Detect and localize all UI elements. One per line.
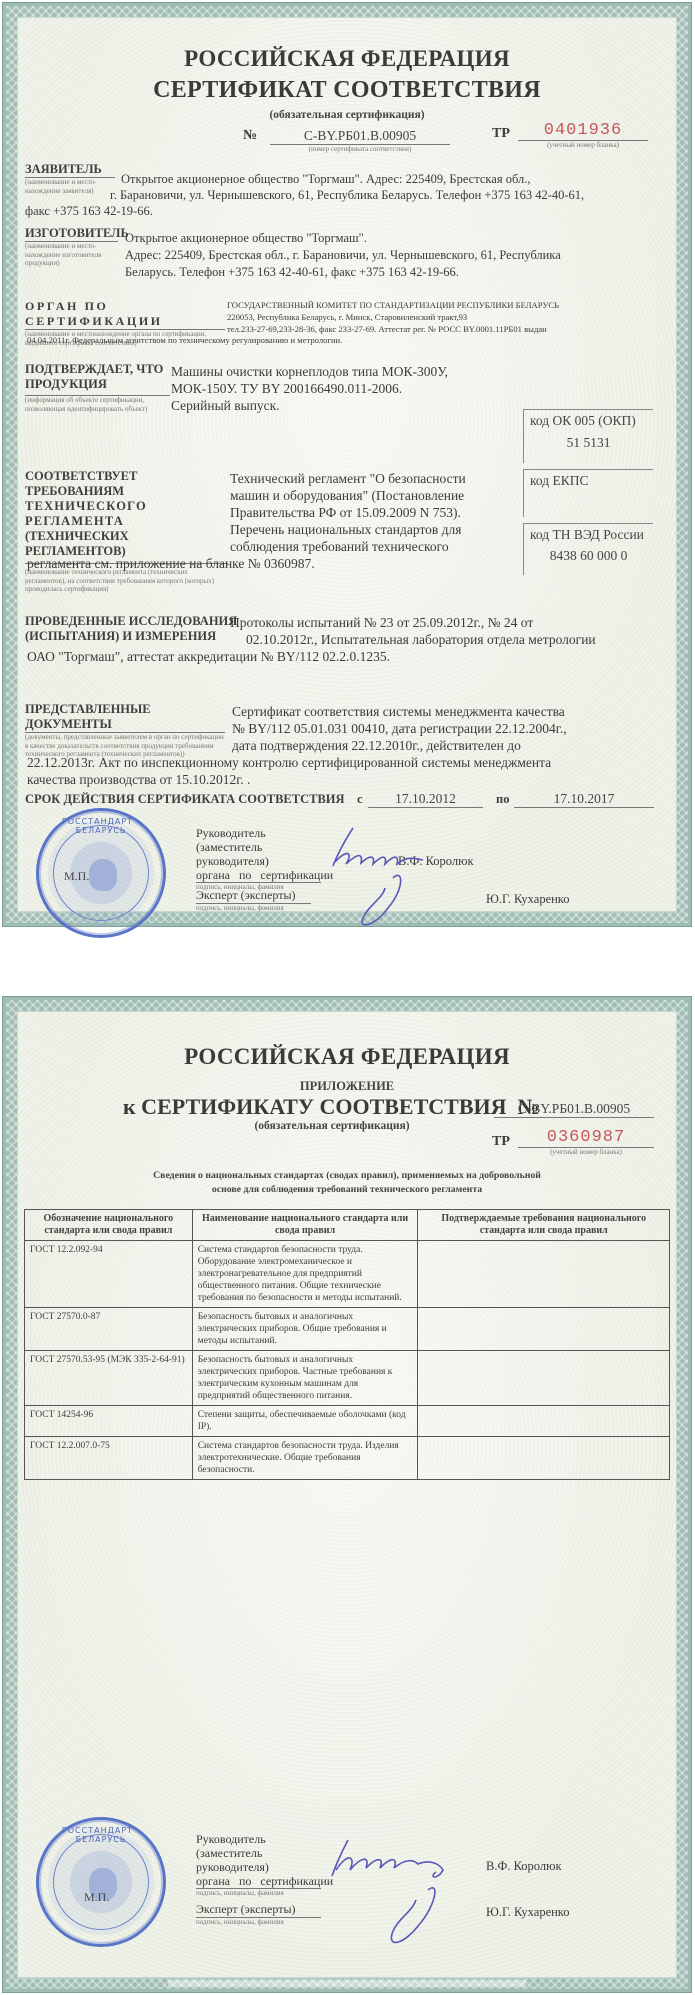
head-title-line-2: (заместитель руководителя) (196, 840, 321, 868)
applicant-line-2: г. Барановичи, ул. Чернышевского, 61, Ре… (110, 187, 584, 203)
certificate-title: СЕРТИФИКАТ СООТВЕТСТВИЯ (18, 77, 676, 104)
head-signature-icon (313, 818, 433, 938)
appendix-expert-label: Эксперт (эксперты) (196, 1902, 321, 1918)
tnved-code-value: 8438 60 000 0 (530, 548, 647, 564)
confirmed-requirements-cell (418, 1308, 670, 1351)
documents-line-1: Сертификат соответствия системы менеджме… (232, 703, 565, 720)
standards-table-body: ГОСТ 12.2.092-94Система стандартов безоп… (25, 1241, 670, 1480)
certification-body-line-1: ГОСУДАРСТВЕННЫЙ КОМИТЕТ ПО СТАНДАРТИЗАЦИ… (227, 299, 559, 311)
appendix-head-sig-caption: подпись, инициалы, фамилия (196, 1889, 321, 1898)
compliance-label-line-2: ТЕХНИЧЕСКОГО РЕГЛАМЕНТА (25, 499, 228, 529)
printer-footer-strip (168, 1980, 526, 1987)
expert-name: Ю.Г. Кухаренко (486, 892, 570, 907)
standards-table-header: Обозначение национального стандарта или … (25, 1210, 670, 1241)
blank-number-field: 0401936 (учетный номер бланка) (518, 121, 648, 150)
blank-number-caption: (учетный номер бланка) (518, 141, 648, 150)
appendix-title-small: ПРИЛОЖЕНИЕ (18, 1079, 676, 1094)
confirmed-requirements-cell (418, 1437, 670, 1480)
standard-name-cell: Система стандартов безопасности труда. И… (192, 1437, 418, 1480)
head-title-line-1: Руководитель (196, 826, 321, 840)
head-title-line-3: органа по сертификации (196, 868, 321, 883)
applicant-line-1: Открытое акционерное общество "Торгмаш".… (121, 171, 530, 187)
appendix-seal-place-label: М.П. (84, 1890, 109, 1905)
country-title: РОССИЙСКАЯ ФЕДЕРАЦИЯ (18, 46, 676, 72)
standards-table: Обозначение национального стандарта или … (24, 1209, 670, 1480)
manufacturer-line-1: Открытое акционерное общество "Торгмаш". (125, 230, 367, 247)
product-line-1: Машины очистки корнеплодов типа МОК-300У… (171, 363, 448, 380)
documents-line-4: 22.12.2013г. Акт по инспекционному контр… (27, 754, 551, 771)
documents-line-3: дата подтверждения 22.12.2010г., действи… (232, 737, 521, 754)
applicant-caption: (наименование и место-нахождение заявите… (25, 178, 115, 195)
confirmed-requirements-cell (418, 1241, 670, 1308)
documents-label: ПРЕДСТАВЛЕННЫЕ ДОКУМЕНТЫ (25, 702, 225, 733)
certificate-paper: РОССИЙСКАЯ ФЕДЕРАЦИЯ СЕРТИФИКАТ СООТВЕТС… (17, 17, 677, 912)
confirmed-requirements-cell (418, 1406, 670, 1437)
product-label-block: ПОДТВЕРЖДАЕТ, ЧТО ПРОДУКЦИЯ (информация … (25, 362, 170, 413)
standard-designation-cell: ГОСТ 14254-96 (25, 1406, 193, 1437)
official-seal-stamp: ГОССТАНДАРТ · БЕЛАРУСЬ (36, 808, 166, 938)
compliance-label-line-1: СООТВЕТСТВУЕТ ТРЕБОВАНИЯМ (25, 469, 228, 499)
validity-to-label: по (496, 792, 509, 807)
compliance-label-block: СООТВЕТСТВУЕТ ТРЕБОВАНИЯМ ТЕХНИЧЕСКОГО Р… (25, 469, 228, 594)
standard-name-cell: Система стандартов безопасности труда. О… (192, 1241, 418, 1308)
okp-code-box: код ОК 005 (ОКП) 51 5131 (523, 409, 653, 463)
appendix-blank-number: 0360987 (518, 1128, 654, 1148)
coat-of-arms-emblem-icon (89, 859, 117, 891)
manufacturer-line-3: Беларусь. Телефон +375 163 42-40-61, фак… (125, 264, 459, 281)
appendix-country-title: РОССИЙСКАЯ ФЕДЕРАЦИЯ (18, 1044, 676, 1070)
table-row: ГОСТ 12.2.007.0-75Система стандартов без… (25, 1437, 670, 1480)
compliance-line-3: Правительства РФ от 15.09.2009 N 753). (230, 504, 461, 521)
ekps-code-box: код ЕКПС (523, 469, 653, 517)
standard-designation-cell: ГОСТ 12.2.092-94 (25, 1241, 193, 1308)
appendix-page: РОССИЙСКАЯ ФЕДЕРАЦИЯ ПРИЛОЖЕНИЕ к СЕРТИФ… (2, 996, 692, 1993)
certificate-number: C-BY.РБ01.В.00905 (270, 128, 450, 145)
appendix-head-title-line-2: (заместитель руководителя) (196, 1846, 321, 1874)
appendix-blank-caption: (учетный номер бланка) (518, 1148, 654, 1157)
column-header-requirements: Подтверждаемые требования национального … (418, 1210, 670, 1241)
product-label-line-2: ПРОДУКЦИЯ (25, 377, 170, 396)
appendix-seal-text: ГОССТАНДАРТ · БЕЛАРУСЬ (39, 1826, 163, 1844)
appendix-head-signature-icon (318, 1820, 478, 1960)
applicant-label: ЗАЯВИТЕЛЬ (25, 162, 115, 178)
expert-label: Эксперт (эксперты) (196, 888, 311, 904)
product-caption: (информация об объекте сертификации, поз… (25, 396, 170, 413)
seal-place-label: М.П. (64, 869, 89, 884)
column-header-name: Наименование национального стандарта или… (192, 1210, 418, 1241)
head-signature-block: Руководитель (заместитель руководителя) … (196, 826, 321, 892)
compliance-line-6: регламента см. приложение на бланке № 03… (27, 555, 315, 572)
appendix-expert-name: Ю.Г. Кухаренко (486, 1905, 570, 1920)
validity-from-date: 17.10.2012 (368, 791, 483, 808)
compliance-line-5: соблюдения требований технического (230, 538, 449, 555)
appendix-expert-signature-block: Эксперт (эксперты) подпись, инициалы, фа… (196, 1902, 321, 1927)
standard-name-cell: Степени защиты, обеспечиваемые оболочкам… (192, 1406, 418, 1437)
compliance-line-4: Перечень национальных стандартов для (230, 521, 462, 538)
manufacturer-label: ИЗГОТОВИТЕЛЬ (25, 226, 118, 242)
okp-code-label: код ОК 005 (ОКП) (530, 413, 647, 429)
standard-designation-cell: ГОСТ 27570.53-95 (МЭК 335-2-64-91) (25, 1351, 193, 1406)
documents-line-5: качества производства от 15.10.2012г. . (27, 771, 250, 788)
appendix-title-main: к СЕРТИФИКАТУ СООТВЕТСТВИЯ № (123, 1094, 540, 1120)
tests-label-line-2: (ИСПЫТАНИЯ) И ИЗМЕРЕНИЯ (25, 629, 216, 644)
standard-designation-cell: ГОСТ 27570.0-87 (25, 1308, 193, 1351)
column-header-designation: Обозначение национального стандарта или … (25, 1210, 193, 1241)
standard-name-cell: Безопасность бытовых и аналогичных элект… (192, 1351, 418, 1406)
table-row: ГОСТ 12.2.092-94Система стандартов безоп… (25, 1241, 670, 1308)
tnved-code-label: код ТН ВЭД России (530, 527, 647, 543)
appendix-cert-number: C-BY.РБ01.В.00905 (494, 1101, 654, 1118)
tnved-code-box: код ТН ВЭД России 8438 60 000 0 (523, 523, 653, 575)
certification-body-line-2: 220053, Республика Беларусь, г. Минск, С… (227, 311, 467, 323)
table-row: ГОСТ 14254-96Степени защиты, обеспечивае… (25, 1406, 670, 1437)
seal-text: ГОССТАНДАРТ · БЕЛАРУСЬ (39, 817, 163, 835)
expert-sig-caption: подпись, инициалы, фамилия (196, 904, 311, 913)
appendix-intro: Сведения о национальных стандартах (свод… (18, 1169, 676, 1197)
documents-line-2: № BY/112 05.01.031 00410, дата регистрац… (232, 720, 567, 737)
product-line-3: Серийный выпуск. (171, 397, 280, 414)
appendix-paper: РОССИЙСКАЯ ФЕДЕРАЦИЯ ПРИЛОЖЕНИЕ к СЕРТИФ… (17, 1011, 677, 1978)
tests-line-1: Протоколы испытаний № 23 от 25.09.2012г.… (230, 614, 533, 631)
manufacturer-line-2: Адрес: 225409, Брестская обл., г. Барано… (125, 247, 561, 264)
product-line-2: МОК-150У. ТУ BY 200166490.011-2006. (171, 380, 402, 397)
expert-signature-block: Эксперт (эксперты) подпись, инициалы, фа… (196, 888, 311, 913)
table-row: ГОСТ 27570.0-87Безопасность бытовых и ан… (25, 1308, 670, 1351)
appendix-tr-label: ТР (492, 1134, 510, 1150)
validity-to-date: 17.10.2017 (514, 791, 654, 808)
appendix-head-name: В.Ф. Королюк (486, 1859, 562, 1874)
tr-label: ТР (492, 126, 510, 142)
applicant-line-3: факс +375 163 42-19-66. (25, 203, 153, 219)
certificate-subtitle: (обязательная сертификация) (18, 109, 676, 121)
compliance-line-2: машин и оборудования" (Постановление (230, 487, 464, 504)
appendix-intro-line-1: Сведения о национальных стандартах (свод… (18, 1169, 676, 1183)
appendix-head-signature-block: Руководитель (заместитель руководителя) … (196, 1832, 321, 1898)
manufacturer-label-block: ИЗГОТОВИТЕЛЬ (наименование и место-нахож… (25, 226, 118, 268)
table-row: ГОСТ 27570.53-95 (МЭК 335-2-64-91)Безопа… (25, 1351, 670, 1406)
appendix-head-title-line-1: Руководитель (196, 1832, 321, 1846)
appendix-head-title-line-3: органа по сертификации (196, 1874, 321, 1889)
appendix-intro-line-2: основе для соблюдения требований техниче… (18, 1183, 676, 1197)
standard-name-cell: Безопасность бытовых и аналогичных элект… (192, 1308, 418, 1351)
applicant-label-block: ЗАЯВИТЕЛЬ (наименование и место-нахожден… (25, 162, 115, 195)
tests-line-3: ОАО "Торгмаш", аттестат аккредитации № B… (27, 648, 390, 665)
certification-body-line-4: 04.04.2011г. Федеральным агентством по т… (27, 334, 342, 346)
confirmed-requirements-cell (418, 1351, 670, 1406)
blank-number: 0401936 (518, 121, 648, 141)
appendix-blank-number-field: 0360987 (учетный номер бланка) (518, 1128, 654, 1157)
manufacturer-caption: (наименование и место-нахождение изготов… (25, 242, 118, 268)
compliance-line-1: Технический регламент "О безопасности (230, 470, 466, 487)
certificate-number-field: C-BY.РБ01.В.00905 (номер сертификата соо… (270, 128, 450, 154)
product-label-line-1: ПОДТВЕРЖДАЕТ, ЧТО (25, 362, 170, 377)
standard-designation-cell: ГОСТ 12.2.007.0-75 (25, 1437, 193, 1480)
appendix-official-seal-stamp: ГОССТАНДАРТ · БЕЛАРУСЬ (36, 1817, 166, 1947)
documents-label-block: ПРЕДСТАВЛЕННЫЕ ДОКУМЕНТЫ (документы, пре… (25, 702, 225, 759)
number-sign: № (243, 128, 257, 144)
certificate-page: РОССИЙСКАЯ ФЕДЕРАЦИЯ СЕРТИФИКАТ СООТВЕТС… (2, 2, 692, 927)
tests-label-line-1: ПРОВЕДЕННЫЕ ИССЛЕДОВАНИЯ (25, 614, 237, 629)
validity-from-label: с (357, 792, 363, 807)
certification-body-label: ОРГАН ПО СЕРТИФИКАЦИИ (25, 299, 225, 330)
tests-line-2: 02.10.2012г., Испытательная лаборатория … (246, 631, 596, 648)
okp-code-value: 51 5131 (530, 435, 647, 451)
standards-table-container: Обозначение национального стандарта или … (24, 1209, 670, 1480)
validity-label: СРОК ДЕЙСТВИЯ СЕРТИФИКАТА СООТВЕТСТВИЯ (25, 792, 345, 807)
certificate-number-caption: (номер сертификата соответствия) (270, 145, 450, 154)
ekps-code-label: код ЕКПС (530, 473, 647, 489)
appendix-expert-sig-caption: подпись, инициалы, фамилия (196, 1918, 321, 1927)
